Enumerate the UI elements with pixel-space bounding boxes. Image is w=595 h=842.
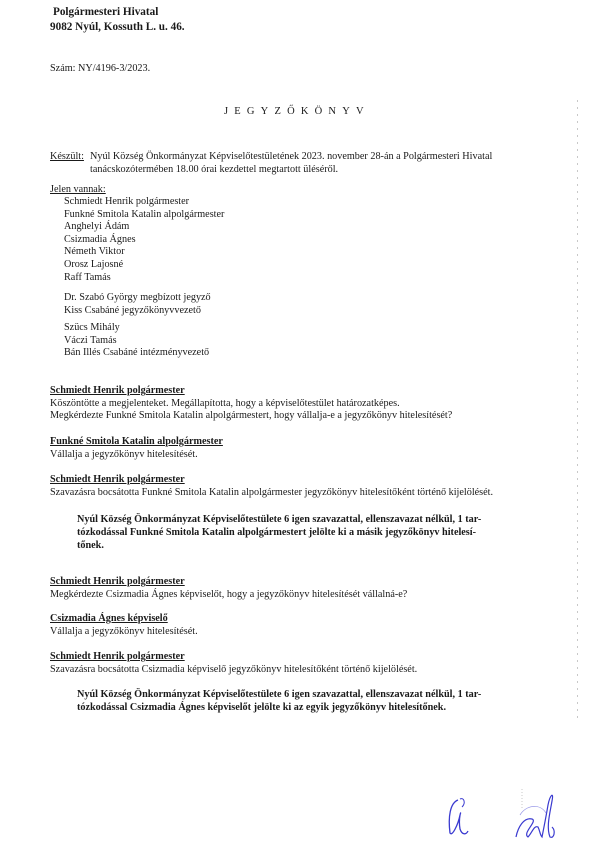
attendee: Németh Viktor: [64, 246, 224, 259]
attendee: Anghelyi Ádám: [64, 221, 224, 234]
attendee-list-officials: Dr. Szabó György megbízott jegyző Kiss C…: [64, 292, 211, 317]
attendee: Bán Illés Csabáné intézményvezető: [64, 347, 209, 360]
speaker-name: Csizmadia Ágnes képviselő: [50, 613, 555, 626]
speech-section: Schmiedt Henrik polgármester Szavazásra …: [50, 651, 555, 676]
reference-number: Szám: NY/4196-3/2023.: [50, 63, 150, 74]
speech-section: Csizmadia Ágnes képviselő Vállalja a jeg…: [50, 613, 555, 638]
attendee: Raff Tamás: [64, 272, 224, 285]
attendee: Szücs Mihály: [64, 322, 209, 335]
prepared-line-2: tanácskozótermében 18.00 órai kezdettel …: [90, 164, 338, 175]
attendee: Orosz Lajosné: [64, 259, 224, 272]
speaker-name: Schmiedt Henrik polgármester: [50, 576, 555, 589]
speech-line: Megkérdezte Funkné Smitola Katalin alpol…: [50, 410, 555, 423]
attendee-list-guests: Szücs Mihály Váczi Tamás Bán Illés Csabá…: [64, 322, 209, 360]
resolution-line: tózkodással Csizmadia Ágnes képviselőt j…: [77, 701, 555, 714]
attendees-label: Jelen vannak:: [50, 184, 106, 195]
attendee: Váczi Tamás: [64, 335, 209, 348]
signature-icon: [510, 787, 562, 842]
speaker-name: Schmiedt Henrik polgármester: [50, 651, 555, 664]
document-title: JEGYZŐKÖNYV: [224, 106, 370, 117]
speech-section: Schmiedt Henrik polgármester Megkérdezte…: [50, 576, 555, 601]
resolution-line: tózkodással Funkné Smitola Katalin alpol…: [77, 526, 555, 539]
speaker-name: Funkné Smitola Katalin alpolgármester: [50, 436, 555, 449]
office-name: Polgármesteri Hivatal: [53, 6, 158, 18]
resolution: Nyúl Község Önkormányzat Képviselőtestül…: [77, 513, 555, 553]
prepared-label: Készült:: [50, 151, 84, 162]
scan-margin-artifact: [577, 100, 578, 720]
speech-line: Megkérdezte Csizmadia Ágnes képviselőt, …: [50, 589, 555, 602]
speech-section: Schmiedt Henrik polgármester Szavazásra …: [50, 474, 555, 499]
attendee: Funkné Smitola Katalin alpolgármester: [64, 209, 224, 222]
resolution-line: Nyúl Község Önkormányzat Képviselőtestül…: [77, 688, 555, 701]
office-address: 9082 Nyúl, Kossuth L. u. 46.: [50, 21, 185, 33]
attendee: Dr. Szabó György megbízott jegyző: [64, 292, 211, 305]
attendee-list-members: Schmiedt Henrik polgármester Funkné Smit…: [64, 196, 224, 284]
speaker-name: Schmiedt Henrik polgármester: [50, 385, 555, 398]
speech-line: Köszöntötte a megjelenteket. Megállapíto…: [50, 398, 555, 411]
resolution: Nyúl Község Önkormányzat Képviselőtestül…: [77, 688, 555, 714]
speech-line: Szavazásra bocsátotta Csizmadia képvisel…: [50, 664, 555, 677]
attendee: Csizmadia Ágnes: [64, 234, 224, 247]
speech-line: Szavazásra bocsátotta Funkné Smitola Kat…: [50, 487, 555, 500]
resolution-line: tőnek.: [77, 539, 555, 552]
speech-line: Vállalja a jegyzőkönyv hitelesítését.: [50, 626, 555, 639]
speech-section: Schmiedt Henrik polgármester Köszöntötte…: [50, 385, 555, 423]
signature-icon: [440, 795, 480, 840]
speech-line: Vállalja a jegyzőkönyv hitelesítését.: [50, 449, 555, 462]
prepared-line-1: Nyúl Község Önkormányzat Képviselőtestül…: [90, 151, 492, 162]
speaker-name: Schmiedt Henrik polgármester: [50, 474, 555, 487]
resolution-line: Nyúl Község Önkormányzat Képviselőtestül…: [77, 513, 555, 526]
attendee: Kiss Csabáné jegyzőkönyvvezető: [64, 305, 211, 318]
speech-section: Funkné Smitola Katalin alpolgármester Vá…: [50, 436, 555, 461]
attendee: Schmiedt Henrik polgármester: [64, 196, 224, 209]
